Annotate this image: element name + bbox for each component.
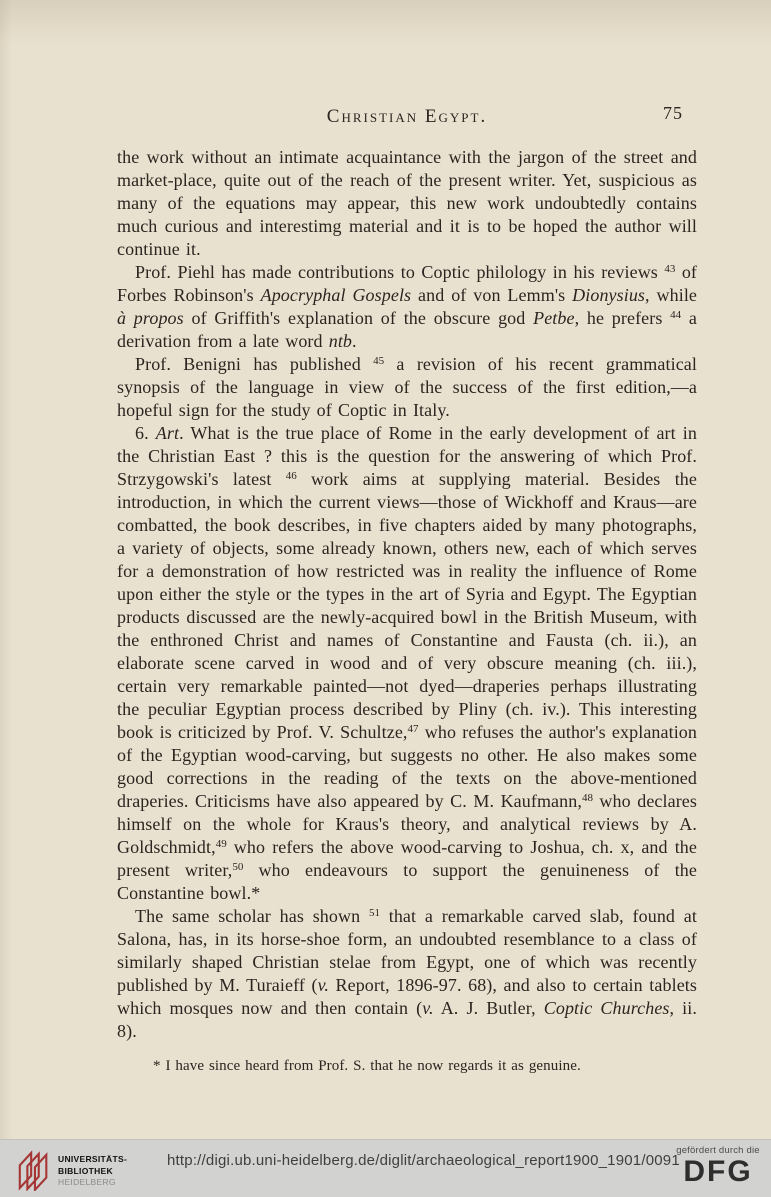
text-segment: 51 [369, 907, 380, 919]
page-text-block: the work without an intimate acquaintanc… [117, 146, 697, 1076]
body-paragraph: Prof. Benigni has published 45 a revisio… [117, 353, 697, 422]
text-segment: Art [156, 423, 179, 443]
text-segment: The same scholar has shown [135, 906, 369, 926]
page-left-shadow [0, 0, 12, 1140]
text-segment: 6. [135, 423, 156, 443]
text-segment: 50 [232, 861, 243, 873]
text-segment: 46 [286, 470, 297, 482]
library-name-line3: HEIDELBERG [58, 1177, 127, 1189]
text-segment: the work without an intimate acquaintanc… [117, 147, 697, 259]
text-segment: , he prefers [575, 308, 671, 328]
page-number: 75 [663, 103, 683, 124]
scan-source-url: http://digi.ub.uni-heidelberg.de/diglit/… [167, 1152, 680, 1169]
body-paragraph: 6. Art. What is the true place of Rome i… [117, 422, 697, 905]
text-segment: Coptic Churches [544, 998, 670, 1018]
text-segment: 45 [373, 355, 384, 367]
text-segment: ntb [329, 331, 352, 351]
text-segment: * I have since heard from Prof. S. that … [153, 1058, 581, 1074]
text-segment: Prof. Piehl has made contributions to Co… [135, 262, 664, 282]
text-segment: v. [318, 975, 329, 995]
body-paragraph: Prof. Piehl has made contributions to Co… [117, 261, 697, 353]
text-segment: Apocryphal Gospels [261, 285, 412, 305]
text-segment: à propos [117, 308, 184, 328]
text-segment: Petbe [533, 308, 574, 328]
text-segment: 47 [408, 723, 419, 735]
library-name-line2: BIBLIOTHEK [58, 1166, 127, 1178]
scanned-book-page: Christian Egypt. 75 the work without an … [0, 0, 771, 1197]
text-segment: . [352, 331, 357, 351]
text-segment: and of von Lemm's [411, 285, 572, 305]
footnote: * I have since heard from Prof. S. that … [117, 1056, 697, 1076]
text-segment: work aims at supplying material. Besides… [117, 469, 697, 742]
running-head-title: Christian Egypt. [117, 106, 697, 128]
page-top-shadow [0, 0, 771, 44]
text-segment: 44 [670, 309, 681, 321]
dfg-logo: DFG [673, 1157, 763, 1187]
text-segment: 48 [582, 792, 593, 804]
ub-heidelberg-logo-icon [16, 1149, 52, 1191]
library-name: UNIVERSITÄTS- BIBLIOTHEK HEIDELBERG [58, 1154, 127, 1189]
text-segment: v. [422, 998, 433, 1018]
text-segment: 49 [216, 838, 227, 850]
digitization-footer-bar: UNIVERSITÄTS- BIBLIOTHEK HEIDELBERG http… [0, 1139, 771, 1197]
body-paragraph: the work without an intimate acquaintanc… [117, 146, 697, 261]
text-segment: of Griffith's explanation of the obscure… [184, 308, 533, 328]
library-name-line1: UNIVERSITÄTS- [58, 1154, 127, 1166]
body-paragraph: The same scholar has shown 51 that a rem… [117, 905, 697, 1043]
dfg-funding-block: gefördert durch die DFG [673, 1145, 763, 1187]
text-segment: A. J. Butler, [434, 998, 544, 1018]
text-segment: Dionysius [572, 285, 645, 305]
text-segment: Prof. Benigni has published [135, 354, 373, 374]
text-segment: , while [645, 285, 697, 305]
text-segment: 43 [664, 263, 675, 275]
